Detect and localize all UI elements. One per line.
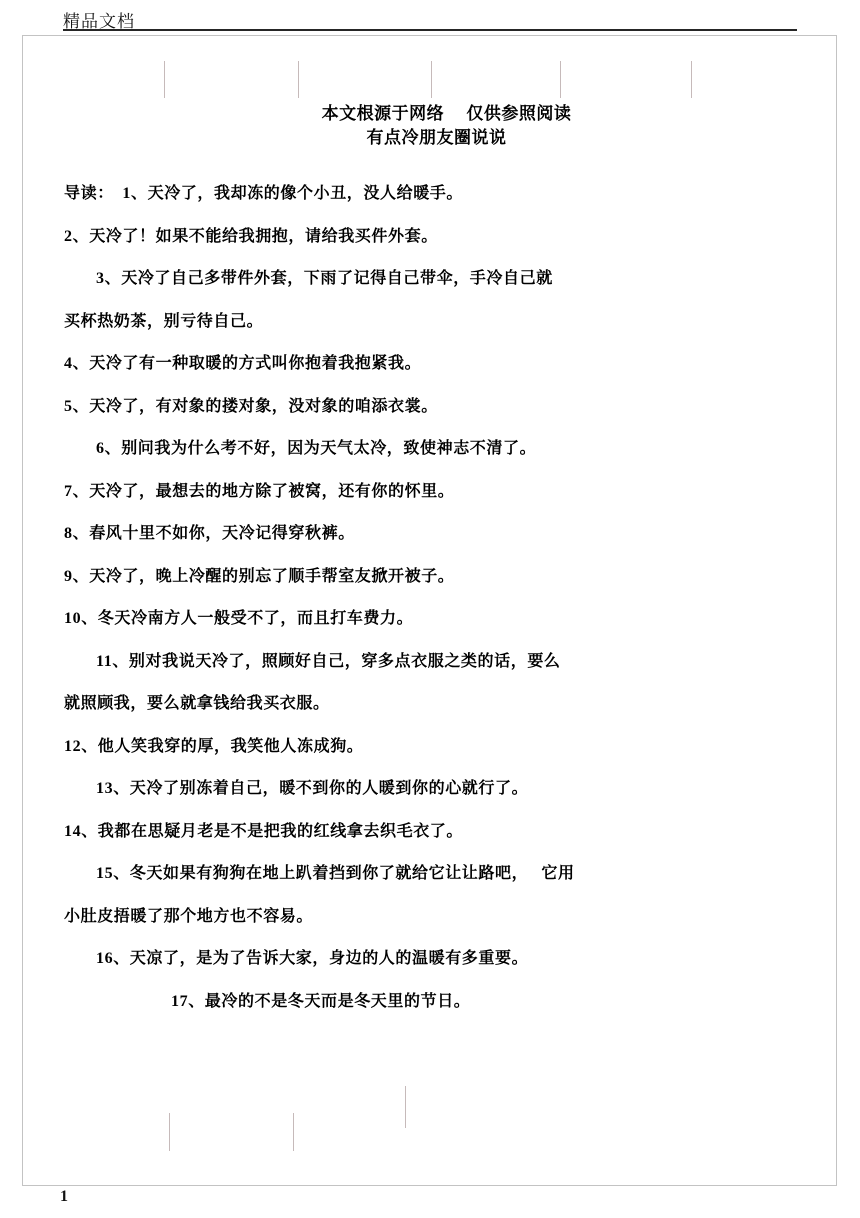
document-page: 精品文档 本文根源于网络 仅供参照阅读 有点冷朋友圈说说 导读： 1、天冷了，我… — [0, 0, 860, 1218]
document-lines: 导读： 1、天冷了，我却冻的像个小丑，没人给暖手。2、天冷了！如果不能给我拥抱，… — [64, 173, 829, 1023]
document-line: 16、天凉了，是为了告诉大家，身边的人的温暖有多重要。 — [64, 938, 829, 981]
grid-mark — [298, 61, 299, 98]
document-line: 15、冬天如果有狗狗在地上趴着挡到你了就给它让让路吧， 它用 — [64, 853, 829, 896]
grid-mark — [405, 1086, 406, 1128]
grid-mark — [164, 61, 165, 98]
document-source-note: 本文根源于网络 仅供参照阅读 — [23, 104, 836, 124]
document-line: 小肚皮捂暖了那个地方也不容易。 — [64, 896, 829, 939]
document-line: 12、他人笑我穿的厚，我笑他人冻成狗。 — [64, 726, 829, 769]
document-line: 5、天冷了，有对象的搂对象，没对象的咱添衣裳。 — [64, 386, 829, 429]
grid-mark — [691, 61, 692, 98]
grid-mark — [431, 61, 432, 98]
document-line: 11、别对我说天冷了，照顾好自己，穿多点衣服之类的话，要么 — [64, 641, 829, 684]
document-title: 有点冷朋友圈说说 — [23, 128, 836, 148]
document-line: 14、我都在思疑月老是不是把我的红线拿去织毛衣了。 — [64, 811, 829, 854]
document-line: 就照顾我，要么就拿钱给我买衣服。 — [64, 683, 829, 726]
grid-mark — [560, 61, 561, 98]
document-line: 13、天冷了别冻着自己，暖不到你的人暖到你的心就行了。 — [64, 768, 829, 811]
document-line: 7、天冷了，最想去的地方除了被窝，还有你的怀里。 — [64, 471, 829, 514]
document-line: 8、春风十里不如你，天冷记得穿秋裤。 — [64, 513, 829, 556]
document-line: 导读： 1、天冷了，我却冻的像个小丑，没人给暖手。 — [64, 173, 829, 216]
grid-mark — [169, 1113, 170, 1151]
header-rule — [63, 29, 797, 31]
page-number: 1 — [60, 1188, 68, 1206]
document-line: 2、天冷了！如果不能给我拥抱，请给我买件外套。 — [64, 216, 829, 259]
document-line: 4、天冷了有一种取暖的方式叫你抱着我抱紧我。 — [64, 343, 829, 386]
document-line: 3、天冷了自己多带件外套，下雨了记得自己带伞，手冷自己就 — [64, 258, 829, 301]
document-content-box: 本文根源于网络 仅供参照阅读 有点冷朋友圈说说 导读： 1、天冷了，我却冻的像个… — [22, 35, 837, 1186]
document-line: 10、冬天冷南方人一般受不了，而且打车费力。 — [64, 598, 829, 641]
document-line: 9、天冷了，晚上冷醒的别忘了顺手帮室友掀开被子。 — [64, 556, 829, 599]
grid-mark — [293, 1113, 294, 1151]
document-line: 17、最冷的不是冬天而是冬天里的节日。 — [64, 981, 829, 1024]
document-line: 买杯热奶茶，别亏待自己。 — [64, 301, 829, 344]
document-line: 6、别问我为什么考不好，因为天气太冷，致使神志不清了。 — [64, 428, 829, 471]
